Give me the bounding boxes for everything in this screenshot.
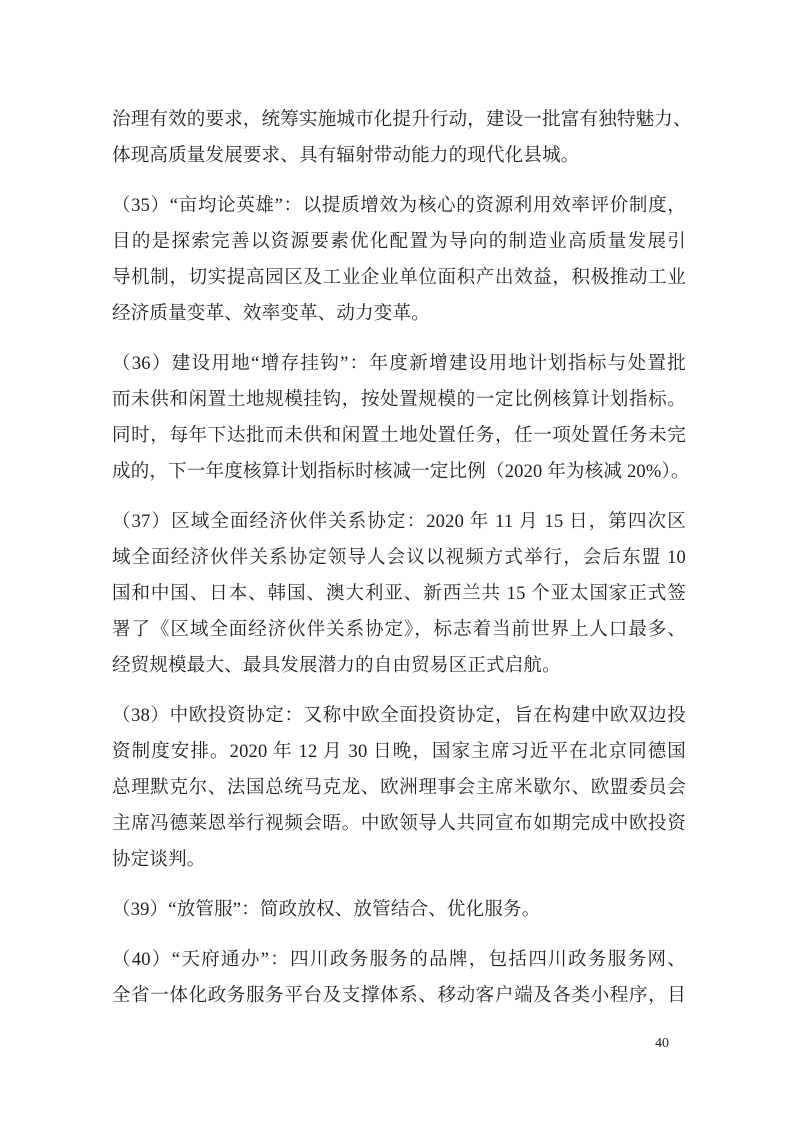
text-line: 主席冯德莱恩举行视频会晤。中欧领导人共同宣布如期完成中欧投资 [112,806,686,842]
text-line: 经贸规模最大、最具发展潜力的自由贸易区正式启航。 [112,648,686,684]
text-line: （39）“放管服”：简政放权、放管结合、优化服务。 [112,892,686,928]
text-line: 经济质量变革、效率变革、动力变革。 [112,296,686,332]
paragraph: 治理有效的要求，统筹实施城市化提升行动，建设一批富有独特魅力、体现高质量发展要求… [112,102,686,174]
document-page: 治理有效的要求，统筹实施城市化提升行动，建设一批富有独特魅力、体现高质量发展要求… [0,0,793,1122]
text-line: 治理有效的要求，统筹实施城市化提升行动，建设一批富有独特魅力、 [112,102,686,138]
page-number: 40 [655,1035,685,1053]
paragraph: （40）“天府通办”：四川政务服务的品牌，包括四川政务服务网、全省一体化政务服务… [112,942,686,1014]
text-line: 署了《区域全面经济伙伴关系协定》，标志着当前世界上人口最多、 [112,612,686,648]
paragraph: （36）建设用地“增存挂钩”：年度新增建设用地计划指标与处置批而未供和闲置土地规… [112,346,686,490]
text-line: （35）“亩均论英雄”：以提质增效为核心的资源利用效率评价制度， [112,188,686,224]
text-line: 导机制，切实提高园区及工业企业单位面积产出效益，积极推动工业 [112,260,686,296]
text-line: 成的，下一年度核算计划指标时核减一定比例（2020 年为核减 20%）。 [112,454,686,490]
paragraph: （39）“放管服”：简政放权、放管结合、优化服务。 [112,892,686,928]
text-line: 域全面经济伙伴关系协定领导人会议以视频方式举行，会后东盟 10 [112,540,686,576]
text-line: 国和中国、日本、韩国、澳大利亚、新西兰共 15 个亚太国家正式签 [112,576,686,612]
text-line: 资制度安排。2020 年 12 月 30 日晚，国家主席习近平在北京同德国 [112,734,686,770]
text-line: 总理默克尔、法国总统马克龙、欧洲理事会主席米歇尔、欧盟委员会 [112,770,686,806]
document-body: 治理有效的要求，统筹实施城市化提升行动，建设一批富有独特魅力、体现高质量发展要求… [112,102,686,1014]
text-line: （40）“天府通办”：四川政务服务的品牌，包括四川政务服务网、 [112,942,686,978]
text-line: 全省一体化政务服务平台及支撑体系、移动客户端及各类小程序，目 [112,978,686,1014]
text-line: 而未供和闲置土地规模挂钩，按处置规模的一定比例核算计划指标。 [112,382,686,418]
paragraph: （35）“亩均论英雄”：以提质增效为核心的资源利用效率评价制度，目的是探索完善以… [112,188,686,332]
text-line: 目的是探索完善以资源要素优化配置为导向的制造业高质量发展引 [112,224,686,260]
text-line: 协定谈判。 [112,842,686,878]
text-line: （38）中欧投资协定：又称中欧全面投资协定，旨在构建中欧双边投 [112,698,686,734]
text-line: 体现高质量发展要求、具有辐射带动能力的现代化县城。 [112,138,686,174]
text-line: （36）建设用地“增存挂钩”：年度新增建设用地计划指标与处置批 [112,346,686,382]
paragraph: （37）区域全面经济伙伴关系协定：2020 年 11 月 15 日，第四次区域全… [112,504,686,684]
text-line: 同时，每年下达批而未供和闲置土地处置任务，任一项处置任务未完 [112,418,686,454]
paragraph: （38）中欧投资协定：又称中欧全面投资协定，旨在构建中欧双边投资制度安排。202… [112,698,686,878]
text-line: （37）区域全面经济伙伴关系协定：2020 年 11 月 15 日，第四次区 [112,504,686,540]
